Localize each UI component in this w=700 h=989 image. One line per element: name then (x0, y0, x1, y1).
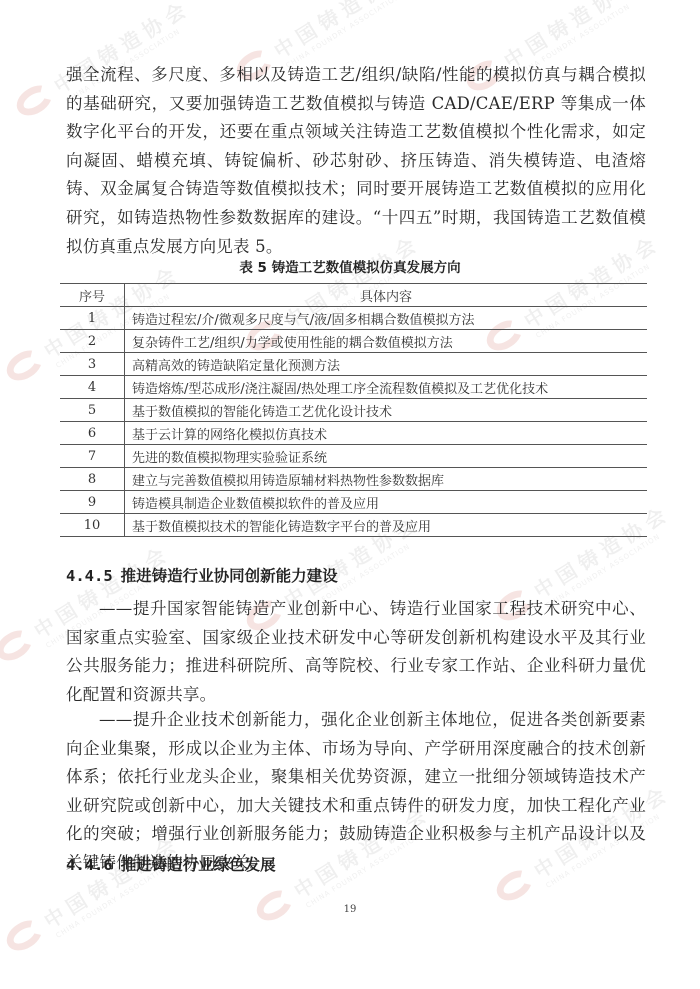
row-number: 9 (60, 491, 125, 514)
row-content: 基于云计算的网络化模拟仿真技术 (125, 422, 648, 445)
header-serial-number: 序号 (60, 284, 125, 307)
table-row: 7先进的数值模拟物理实验验证系统 (60, 445, 647, 468)
section-heading-4-4-6: 4.4.6推进铸造行业绿色发展 (66, 853, 276, 875)
table-row: 3高精高效的铸造缺陷定量化预测方法 (60, 353, 647, 376)
table-header-row: 序号 具体内容 (60, 284, 647, 307)
cfa-logo-icon (11, 79, 57, 121)
row-number: 4 (60, 376, 125, 399)
row-number: 8 (60, 468, 125, 491)
section-heading-4-4-5: 4.4.5推进铸造行业协同创新能力建设 (66, 564, 338, 586)
table-row: 9铸造模具制造企业数值模拟软件的普及应用 (60, 491, 647, 514)
row-content: 先进的数值模拟物理实验验证系统 (125, 445, 648, 468)
row-content: 铸造过程宏/介/微观多尺度与气/液/固多相耦合数值模拟方法 (125, 307, 648, 330)
row-content: 铸造模具制造企业数值模拟软件的普及应用 (125, 491, 648, 514)
row-number: 3 (60, 353, 125, 376)
row-content: 建立与完善数值模拟用铸造原辅材料热物性参数数据库 (125, 468, 648, 491)
cfa-logo-icon (1, 344, 47, 386)
page-number: 19 (0, 904, 700, 915)
section-number: 4.4.5 (66, 567, 113, 585)
row-number: 6 (60, 422, 125, 445)
table-row: 6基于云计算的网络化模拟仿真技术 (60, 422, 647, 445)
table-row: 2复杂铸件工艺/组织/力学或使用性能的耦合数值模拟方法 (60, 330, 647, 353)
table-caption: 表 5 铸造工艺数值模拟仿真发展方向 (0, 256, 700, 276)
header-content: 具体内容 (125, 284, 648, 307)
table-row: 5基于数值模拟的智能化铸造工艺优化设计技术 (60, 399, 647, 422)
development-directions-table: 序号 具体内容 1铸造过程宏/介/微观多尺度与气/液/固多相耦合数值模拟方法 2… (60, 283, 647, 537)
row-content: 铸造熔炼/型芯成形/浇注凝固/热处理工序全流程数值模拟及工艺优化技术 (125, 376, 648, 399)
row-number: 2 (60, 330, 125, 353)
row-number: 5 (60, 399, 125, 422)
section-4-4-5-paragraph-1: ——提升国家智能铸造产业创新中心、铸造行业国家工程技术研究中心、国家重点实验室、… (66, 595, 646, 709)
section-title: 推进铸造行业协同创新能力建设 (121, 567, 338, 585)
section-number: 4.4.6 (66, 856, 113, 874)
row-content: 复杂铸件工艺/组织/力学或使用性能的耦合数值模拟方法 (125, 330, 648, 353)
intro-paragraph: 强全流程、多尺度、多相以及铸造工艺/组织/缺陷/性能的模拟仿真与耦合模拟的基础研… (66, 61, 646, 261)
row-content: 基于数值模拟的智能化铸造工艺优化设计技术 (125, 399, 648, 422)
cfa-logo-icon (1, 914, 47, 956)
row-content: 高精高效的铸造缺陷定量化预测方法 (125, 353, 648, 376)
row-number: 10 (60, 514, 125, 537)
table-row: 8建立与完善数值模拟用铸造原辅材料热物性参数数据库 (60, 468, 647, 491)
section-4-4-5-paragraph-2: ——提升企业技术创新能力，强化企业创新主体地位，促进各类创新要素向企业集聚，形成… (66, 706, 646, 878)
row-number: 1 (60, 307, 125, 330)
table-row: 10基于数值模拟技术的智能化铸造数字平台的普及应用 (60, 514, 647, 537)
section-title: 推进铸造行业绿色发展 (121, 856, 276, 874)
cfa-logo-icon (0, 624, 37, 666)
table-row: 1铸造过程宏/介/微观多尺度与气/液/固多相耦合数值模拟方法 (60, 307, 647, 330)
row-content: 基于数值模拟技术的智能化铸造数字平台的普及应用 (125, 514, 648, 537)
table-row: 4铸造熔炼/型芯成形/浇注凝固/热处理工序全流程数值模拟及工艺优化技术 (60, 376, 647, 399)
row-number: 7 (60, 445, 125, 468)
